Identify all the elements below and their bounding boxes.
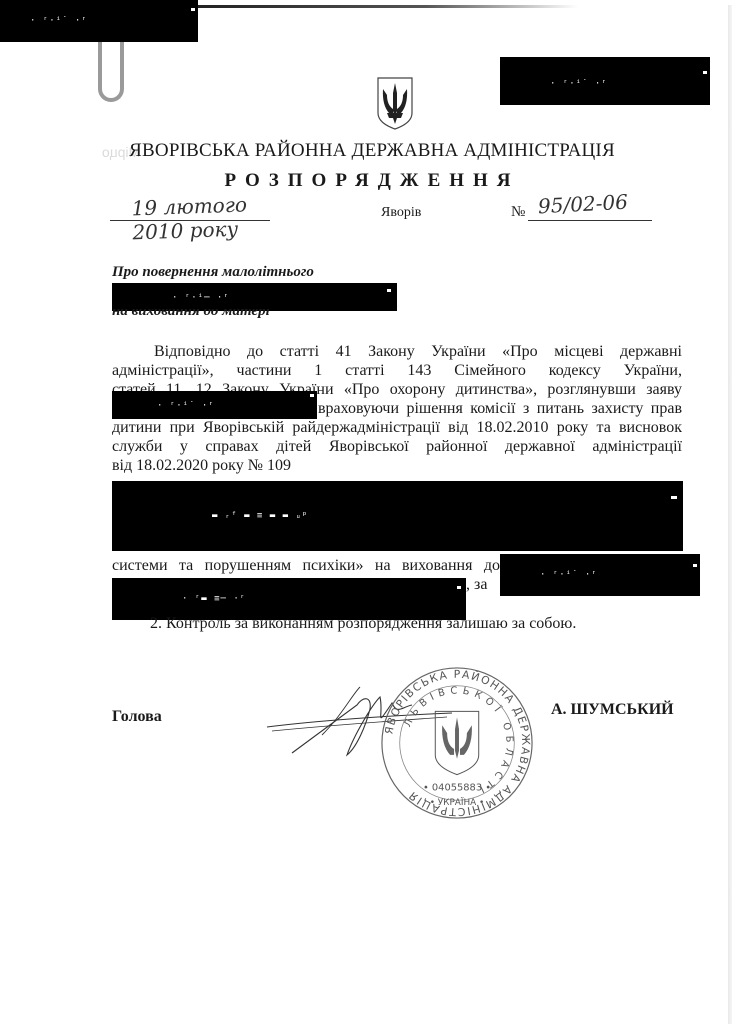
- coat-of-arms-icon: [375, 75, 415, 131]
- organization-title: ЯВОРІВСЬКА РАЙОННА ДЕРЖАВНА АДМІНІСТРАЦІ…: [0, 140, 744, 162]
- body-item-2: 2. Контроль за виконанням розпорядження …: [150, 615, 720, 633]
- document-type-title: РОЗПОРЯДЖЕННЯ: [0, 170, 744, 192]
- redaction-top-right: · ʳ·ⁱ˙ ·ʳ: [500, 57, 710, 105]
- svg-text:• 04055883 •: • 04055883 •: [423, 782, 491, 793]
- body-line-1: Відповідно до статті 41 Закону України «…: [154, 343, 682, 361]
- redaction-applicant-name: · ʳ·ⁱ˙ ·ʳ: [112, 391, 317, 419]
- redaction-item-1: ▬ ᵣᶠ ▬ ≡ ▬ ▬ ᵤᵖ: [112, 481, 683, 551]
- redaction-top-left: · ʳ·ⁱ˙ ·ʳ: [0, 0, 198, 42]
- signer-role: Голова: [112, 708, 162, 726]
- official-seal: ЯВОРІВСЬКА РАЙОННА ДЕРЖАВНА АДМІНІСТРАЦІ…: [378, 664, 536, 822]
- paper-clip-icon: [98, 40, 124, 102]
- body-line-5: дитини при Яворівській райдержадміністра…: [112, 419, 682, 437]
- number-field: 95/02-06: [528, 192, 652, 221]
- number-sign: №: [511, 204, 525, 221]
- body-item-1-tail: системи та порушенням психіки» на вихова…: [112, 557, 500, 575]
- body-line-2: адміністрації», частини 1 статті 143 Сім…: [112, 362, 682, 380]
- body-line-6: служби у справах дітей Яворівської район…: [112, 438, 682, 456]
- place-label: Яворів: [381, 205, 421, 221]
- redaction-subject-name: · ʳ·ⁱ─ ·ʳ: [112, 283, 397, 311]
- handwritten-date: 19 лютого 2010 року: [131, 192, 271, 245]
- redaction-address: · ʳ▬ ≡─ ·ʳ: [112, 578, 466, 620]
- subject-line-1: Про повернення малолітнього: [112, 262, 314, 283]
- scan-top-edge-line: [198, 5, 578, 8]
- svg-text:• УКРАЇНА •: • УКРАЇНА •: [430, 797, 485, 808]
- body-line-7: від 18.02.2020 року № 109: [112, 457, 682, 475]
- date-field: 19 лютого 2010 року: [110, 192, 270, 221]
- body-item-1-fragment: , за: [466, 576, 506, 594]
- signer-name: А. ШУМСЬКИЙ: [551, 701, 674, 719]
- handwritten-number: 95/02-06: [537, 190, 628, 219]
- body-line-4: враховуючи рішення комісії з питань захи…: [318, 400, 682, 418]
- redaction-mother-name: · ʳ·ⁱ˙ ·ʳ: [500, 554, 700, 596]
